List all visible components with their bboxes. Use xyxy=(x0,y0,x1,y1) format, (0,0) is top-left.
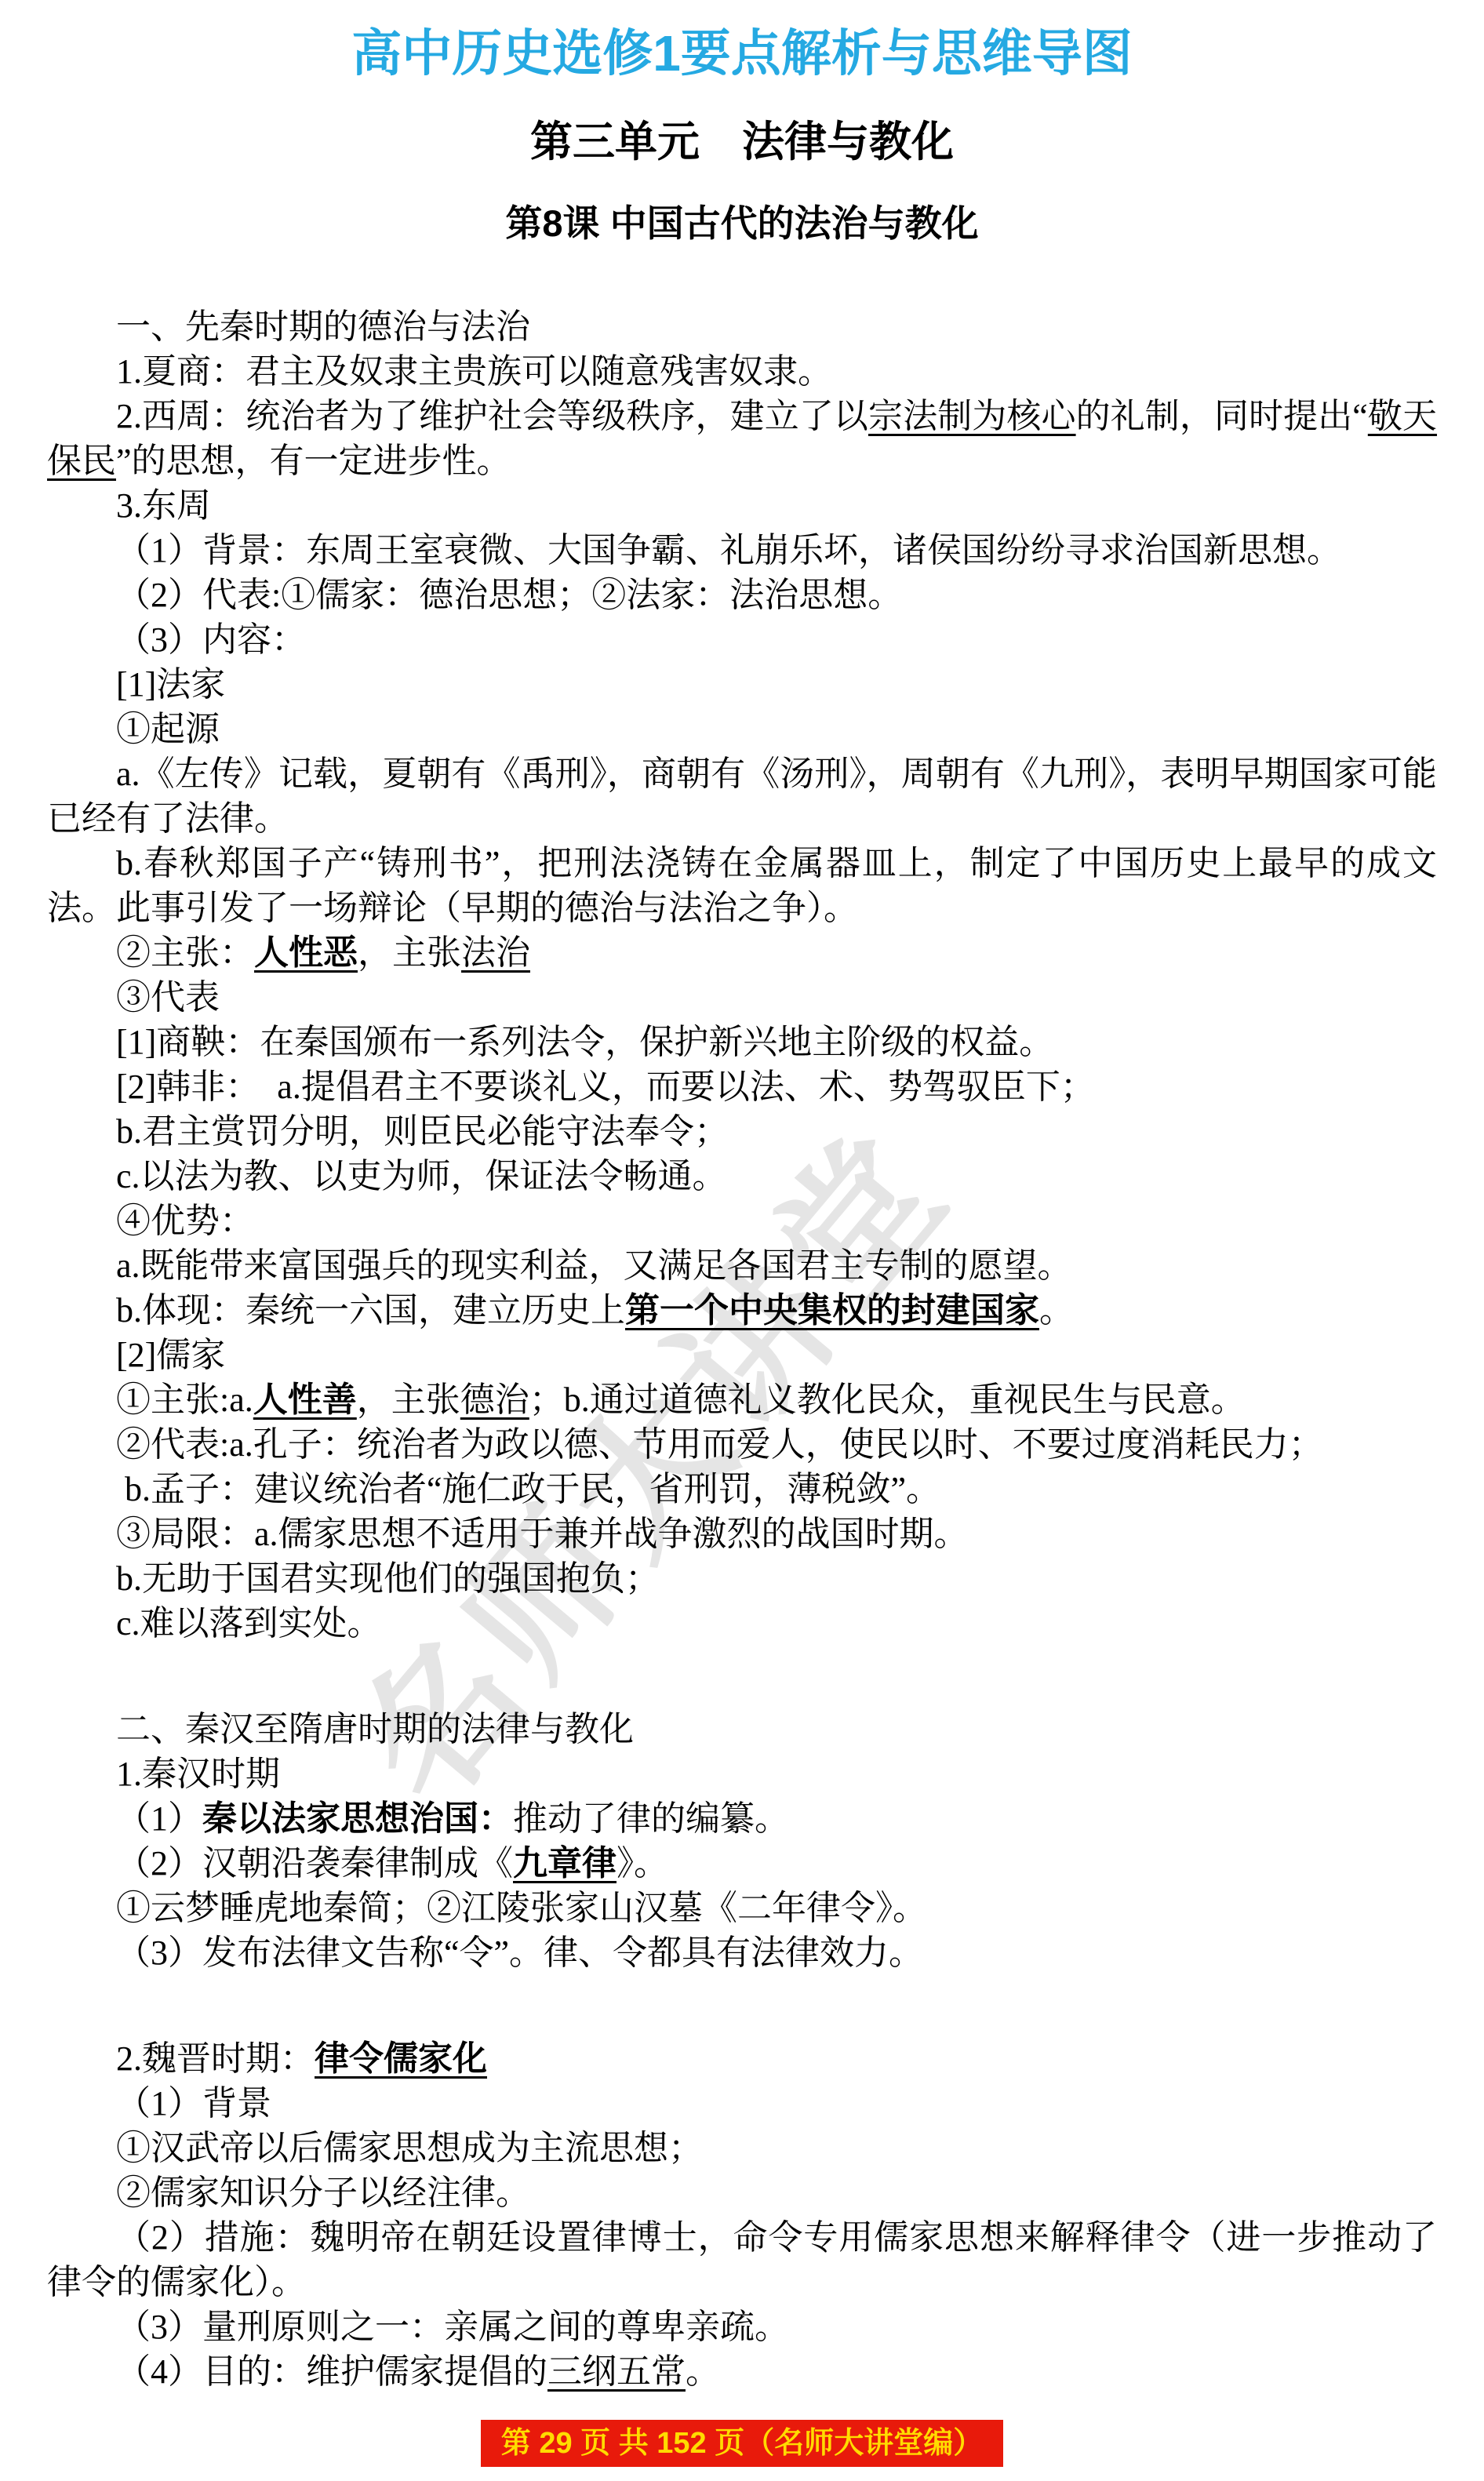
text-segment: （3）发布法律文告称“令”。律、令都具有法律效力。 xyxy=(116,1934,923,1972)
text-segment: [2]儒家 xyxy=(116,1336,225,1374)
paragraph: c.以法为教、以吏为师，保证法令畅通。 xyxy=(47,1154,1437,1199)
text-segment: c.难以落到实处。 xyxy=(116,1604,382,1642)
text-segment: （1） xyxy=(116,1799,202,1838)
paragraph: （2）措施：魏明帝在朝廷设置律博士，命令专用儒家思想来解释律令（进一步推动了律令… xyxy=(47,2215,1437,2305)
paragraph: b.君主赏罚分明，则臣民必能守法奉令； xyxy=(47,1109,1437,1154)
paragraph: [2]儒家 xyxy=(47,1333,1437,1377)
text-segment: 法治 xyxy=(461,933,530,972)
text-segment: ①云梦睡虎地秦简；②江陵张家山汉墓《二年律令》。 xyxy=(116,1889,927,1927)
paragraph: （2）代表:①儒家：德治思想；②法家：法治思想。 xyxy=(47,573,1437,617)
paragraph: b.体现：秦统一六国，建立历史上第一个中央集权的封建国家。 xyxy=(47,1288,1437,1333)
text-segment: ②儒家知识分子以经注律。 xyxy=(116,2174,530,2212)
paragraph: ②代表:a.孔子：统治者为政以德、节用而爱人，使民以时、不要过度消耗民力； xyxy=(47,1422,1437,1467)
text-segment: （2）代表:①儒家：德治思想；②法家：法治思想。 xyxy=(116,576,902,614)
text-segment: b.春秋郑国子产“铸刑书”，把刑法浇铸在金属器皿上，制定了中国历史上最早的成文法… xyxy=(47,844,1437,927)
paragraph: ②儒家知识分子以经注律。 xyxy=(47,2170,1437,2215)
paragraph: ③代表 xyxy=(47,975,1437,1020)
text-segment: a.既能带来富国强兵的现实利益，又满足各国君主专制的愿望。 xyxy=(116,1246,1072,1285)
text-segment: 宗法制为核心 xyxy=(868,397,1076,435)
text-segment: b.无助于国君实现他们的强国抱负； xyxy=(116,1559,660,1598)
paragraph: ①云梦睡虎地秦简；②江陵张家山汉墓《二年律令》。 xyxy=(47,1886,1437,1930)
text-segment: 人性恶 xyxy=(254,933,358,972)
paragraph: 2.西周：统治者为了维护社会等级秩序，建立了以宗法制为核心的礼制，同时提出“敬天… xyxy=(47,394,1437,483)
lesson-heading: 第8课 中国古代的法治与教化 xyxy=(0,200,1484,246)
text-segment: ”的思想，有一定进步性。 xyxy=(116,442,511,480)
unit-heading: 第三单元 法律与教化 xyxy=(0,116,1484,169)
page-footer: 第 29 页 共 152 页（名师大讲堂编） xyxy=(0,2420,1484,2467)
page-footer-text: 第 29 页 共 152 页（名师大讲堂编） xyxy=(481,2420,1003,2467)
text-segment: ①汉武帝以后儒家思想成为主流思想； xyxy=(116,2129,703,2167)
paragraph: ①汉武帝以后儒家思想成为主流思想； xyxy=(47,2126,1437,2170)
paragraph: ①主张:a.人性善，主张德治；b.通过道德礼义教化民众，重视民生与民意。 xyxy=(47,1377,1437,1422)
text-segment: a.《左传》记载，夏朝有《禹刑》，商朝有《汤刑》，周朝有《九刑》，表明早期国家可… xyxy=(47,755,1437,838)
text-segment: [1]法家 xyxy=(116,665,225,704)
document-title: 高中历史选修1要点解析与思维导图 xyxy=(0,22,1484,85)
text-segment: （1）背景 xyxy=(116,2084,271,2123)
text-segment: 2.魏晋时期： xyxy=(116,2039,315,2078)
text-segment: ；b.通过道德礼义教化民众，重视民生与民意。 xyxy=(529,1381,1246,1419)
paragraph: （4）目的：维护儒家提倡的三纲五常。 xyxy=(47,2349,1437,2394)
text-segment: b.体现：秦统一六国，建立历史上 xyxy=(116,1291,625,1330)
text-segment: ②主张： xyxy=(116,933,254,972)
text-segment: （4）目的：维护儒家提倡的 xyxy=(116,2352,547,2391)
paragraph: 3.东周 xyxy=(47,483,1437,528)
text-segment: 》。 xyxy=(617,1844,668,1883)
text-segment: 九章律 xyxy=(513,1844,617,1883)
text-segment: （2）汉朝沿袭秦律制成《 xyxy=(116,1844,513,1883)
paragraph: b.孟子：建议统治者“施仁政于民，省刑罚，薄税敛”。 xyxy=(47,1467,1437,1512)
paragraph: ②主张：人性恶，主张法治 xyxy=(47,930,1437,975)
paragraph: [1]商鞅：在秦国颁布一系列法令，保护新兴地主阶级的权益。 xyxy=(47,1020,1437,1064)
text-segment: [2]韩非： a.提倡君主不要谈礼义，而要以法、术、势驾驭臣下； xyxy=(116,1068,1095,1106)
text-segment: ③局限：a.儒家思想不适用于兼并战争激烈的战国时期。 xyxy=(116,1515,969,1553)
text-segment: 的礼制，同时提出“ xyxy=(1076,397,1368,435)
text-segment: ，主张 xyxy=(357,1381,460,1419)
paragraph: ③局限：a.儒家思想不适用于兼并战争激烈的战国时期。 xyxy=(47,1512,1437,1556)
text-segment: ①起源 xyxy=(116,710,220,748)
text-segment: 3.东周 xyxy=(116,486,211,525)
paragraph: 二、秦汉至隋唐时期的法律与教化 xyxy=(47,1707,1437,1752)
paragraph: （3）量刑原则之一：亲属之间的尊卑亲疏。 xyxy=(47,2305,1437,2349)
text-segment: 1.秦汉时期 xyxy=(116,1755,280,1793)
paragraph: [2]韩非： a.提倡君主不要谈礼义，而要以法、术、势驾驭臣下； xyxy=(47,1064,1437,1109)
paragraph: 1.秦汉时期 xyxy=(47,1752,1437,1796)
paragraph: （1）背景 xyxy=(47,2081,1437,2126)
text-segment: 人性善 xyxy=(253,1381,357,1419)
paragraph: a.《左传》记载，夏朝有《禹刑》，商朝有《汤刑》，周朝有《九刑》，表明早期国家可… xyxy=(47,751,1437,841)
text-segment: b.君主赏罚分明，则臣民必能守法奉令； xyxy=(116,1112,729,1151)
paragraph: 2.魏晋时期：律令儒家化 xyxy=(47,2036,1437,2081)
text-segment: 律令儒家化 xyxy=(315,2039,487,2078)
paragraph: c.难以落到实处。 xyxy=(47,1601,1437,1646)
text-segment: [1]商鞅：在秦国颁布一系列法令，保护新兴地主阶级的权益。 xyxy=(116,1023,1053,1061)
text-segment: 一、先秦时期的德治与法治 xyxy=(116,307,530,346)
text-segment: ，主张 xyxy=(358,933,461,972)
paragraph: （3）内容： xyxy=(47,617,1437,662)
paragraph: （3）发布法律文告称“令”。律、令都具有法律效力。 xyxy=(47,1930,1437,1975)
document-body: 一、先秦时期的德治与法治1.夏商：君主及奴隶主贵族可以随意残害奴隶。2.西周：统… xyxy=(0,304,1484,2394)
text-segment: 1.夏商：君主及奴隶主贵族可以随意残害奴隶。 xyxy=(116,352,832,391)
paragraph: a.既能带来富国强兵的现实利益，又满足各国君主专制的愿望。 xyxy=(47,1243,1437,1288)
paragraph: （1）秦以法家思想治国：推动了律的编纂。 xyxy=(47,1796,1437,1841)
text-segment: ③代表 xyxy=(116,978,220,1017)
paragraph: （2）汉朝沿袭秦律制成《九章律》。 xyxy=(47,1841,1437,1886)
paragraph: 一、先秦时期的德治与法治 xyxy=(47,304,1437,349)
document-content: 高中历史选修1要点解析与思维导图 第三单元 法律与教化 第8课 中国古代的法治与… xyxy=(0,22,1484,2394)
text-segment: 。 xyxy=(686,2352,720,2391)
document-page: 名师大讲堂 高中历史选修1要点解析与思维导图 第三单元 法律与教化 第8课 中国… xyxy=(0,0,1484,2481)
text-segment: 德治 xyxy=(460,1381,529,1419)
paragraph: （1）背景：东周王室衰微、大国争霸、礼崩乐坏，诸侯国纷纷寻求治国新思想。 xyxy=(47,528,1437,573)
text-segment: （1）背景：东周王室衰微、大国争霸、礼崩乐坏，诸侯国纷纷寻求治国新思想。 xyxy=(116,531,1341,569)
text-segment: ④优势： xyxy=(116,1202,254,1240)
text-segment: 秦以法家思想治国： xyxy=(202,1799,513,1838)
text-segment: （3）量刑原则之一：亲属之间的尊卑亲疏。 xyxy=(116,2308,789,2346)
text-segment: 第一个中央集权的封建国家 xyxy=(625,1291,1039,1330)
paragraph: ④优势： xyxy=(47,1199,1437,1243)
text-segment: 。 xyxy=(1039,1291,1074,1330)
text-segment: 二、秦汉至隋唐时期的法律与教化 xyxy=(116,1710,634,1748)
text-segment: （2）措施：魏明帝在朝廷设置律博士，命令专用儒家思想来解释律令（进一步推动了律令… xyxy=(47,2218,1437,2301)
text-segment: 三纲五常 xyxy=(547,2352,686,2391)
text-segment: 2.西周：统治者为了维护社会等级秩序，建立了以 xyxy=(116,397,868,435)
text-segment: c.以法为教、以吏为师，保证法令畅通。 xyxy=(116,1157,727,1195)
text-segment: ②代表:a.孔子：统治者为政以德、节用而爱人，使民以时、不要过度消耗民力； xyxy=(116,1425,1323,1464)
text-segment: b.孟子：建议统治者“施仁政于民，省刑罚，薄税敛”。 xyxy=(116,1470,940,1508)
paragraph: b.无助于国君实现他们的强国抱负； xyxy=(47,1556,1437,1601)
paragraph: [1]法家 xyxy=(47,662,1437,707)
paragraph: 1.夏商：君主及奴隶主贵族可以随意残害奴隶。 xyxy=(47,349,1437,394)
text-segment: （3）内容： xyxy=(116,620,306,659)
paragraph: ①起源 xyxy=(47,707,1437,751)
text-segment: 推动了律的编纂。 xyxy=(513,1799,789,1838)
text-segment: ①主张:a. xyxy=(116,1381,253,1419)
paragraph: b.春秋郑国子产“铸刑书”，把刑法浇铸在金属器皿上，制定了中国历史上最早的成文法… xyxy=(47,841,1437,930)
